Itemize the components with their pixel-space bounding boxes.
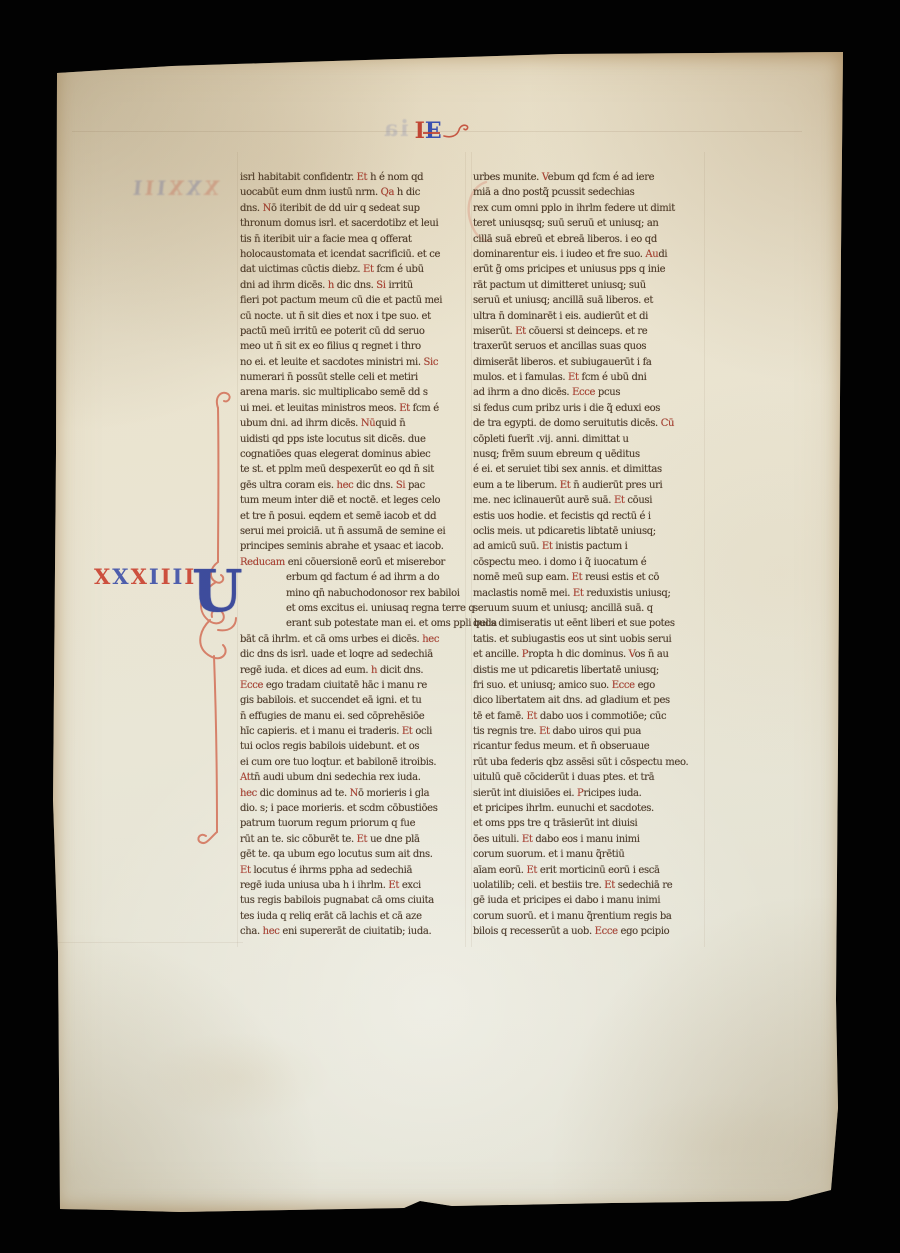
rubricated-text: Sic bbox=[424, 357, 439, 368]
body-text: fcm é ubū dni bbox=[579, 372, 647, 383]
body-text: dabo uos i commotiōe; cūc bbox=[537, 711, 666, 722]
body-text: hīc capieris. et i manu ei traderis. bbox=[240, 726, 402, 737]
manuscript-text-line: numerari n̄ possūt stelle celi et metiri bbox=[240, 370, 468, 385]
manuscript-text-line: cōpleti fuerīt .vij. anni. dimittat u bbox=[473, 432, 701, 447]
manuscript-text-line: cōspectu meo. i domo i q̃ iuocatum é bbox=[473, 555, 701, 570]
manuscript-text-line: rex cum omni pplo in ihrlm federe ut dim… bbox=[473, 201, 701, 216]
manuscript-text-line: ultra n̄ dominarēt i eis. audierūt et di bbox=[473, 309, 701, 324]
rubricated-text: hec bbox=[263, 926, 280, 937]
colored-letter: I bbox=[149, 564, 161, 589]
rubricated-text: Et bbox=[402, 726, 413, 737]
body-text: ad ihrm a dno dicēs. bbox=[473, 387, 572, 398]
rubricated-text: Et bbox=[560, 480, 571, 491]
penwork-curl-icon bbox=[443, 120, 469, 142]
manuscript-text-line: Ecce ego tradam ciuitatē hāc i manu re bbox=[240, 678, 468, 693]
body-text: locutus é ihrms ppha ad sedechiā bbox=[251, 865, 412, 876]
manuscript-text-line: miā a dno postq̃ pcussit sedechias bbox=[473, 185, 701, 200]
rubricated-text: Et bbox=[604, 880, 615, 891]
manuscript-text-line: gēt te. qa ubum ego locutus sum ait dns. bbox=[240, 847, 468, 862]
body-text: de tra egypti. de domo seruitutis dicēs. bbox=[473, 418, 661, 429]
body-text: ropta h dic dominus. bbox=[528, 649, 628, 660]
body-text: erūt g̃ oms pricipes et uniusus pps q in… bbox=[473, 264, 665, 275]
colored-letter: I bbox=[415, 118, 425, 144]
body-text: et oms excitus ei. uniusaq regna terre q bbox=[286, 603, 474, 614]
manuscript-text-line: quos dimiseratis ut eēnt liberi et sue p… bbox=[473, 616, 701, 631]
manuscript-text-line: gis babilois. et succendet eā igni. et t… bbox=[240, 693, 468, 708]
manuscript-text-line: Reducam eni cōuersionē eorū et miserebor bbox=[240, 555, 468, 570]
manuscript-text-line: ubum dni. ad ihrm dicēs. Nūquid n̄ bbox=[240, 416, 468, 431]
colored-letter: X bbox=[131, 564, 149, 589]
body-text: ei cum ore tuo loqtur. et babilonē itroi… bbox=[240, 757, 436, 768]
body-text: erbum qd factum é ad ihrm a do bbox=[286, 572, 439, 583]
body-text: irritū bbox=[386, 280, 413, 291]
rubricated-text: Ecce bbox=[612, 680, 635, 691]
manuscript-leaf: ia IE XXXIII XXXIIII bbox=[52, 52, 844, 1212]
body-text: inistis pactum i bbox=[553, 541, 628, 552]
ghost-chapter-number: XXXIII bbox=[129, 178, 220, 200]
rubricated-text: Et bbox=[568, 372, 579, 383]
manuscript-text-line: dio. s; i pace morieris. et scdm cōbusti… bbox=[240, 801, 468, 816]
manuscript-text-line: meo ut n̄ sit ex eo filius q regnet i th… bbox=[240, 339, 468, 354]
manuscript-text-line: tatis. et subiugastis eos ut sint uobis … bbox=[473, 632, 701, 647]
body-text: ōes uituli. bbox=[473, 834, 522, 845]
body-text: dns. bbox=[240, 203, 263, 214]
manuscript-text-line: ad ihrm a dno dicēs. Ecce pcus bbox=[473, 385, 701, 400]
body-text: eni cōuersionē eorū et miserebor bbox=[285, 557, 445, 568]
manuscript-text-line: bilois q recesserūt a uob. Ecce ego pcip… bbox=[473, 924, 701, 939]
manuscript-text-line: fieri pot pactum meum cū die et pactū me… bbox=[240, 293, 468, 308]
body-text: urbes munite. bbox=[473, 172, 542, 183]
manuscript-text-line: gēs ultra coram eis. hec dic dns. Si pac bbox=[240, 478, 468, 493]
body-text: ricantur fedus meum. et n̄ obseruaue bbox=[473, 741, 649, 752]
ghost-letter: X bbox=[182, 178, 202, 200]
rubricated-text: Qa bbox=[381, 187, 394, 198]
body-text: tis n̄ iteribit uir a facie mea q offera… bbox=[240, 234, 412, 245]
body-text: cōusi bbox=[625, 495, 652, 506]
body-text: teret uniusqsq; suū seruū et uniusq; an bbox=[473, 218, 659, 229]
manuscript-text-line: distis me ut pdicaretis libertatē uniusq… bbox=[473, 663, 701, 678]
body-text: et tre n̄ posui. eqdem et semē iacob et … bbox=[240, 511, 436, 522]
body-text: exci bbox=[399, 880, 421, 891]
body-text: patrum tuorum regum priorum q fue bbox=[240, 818, 415, 829]
body-text: uitulū quē cōciderūt i duas ptes. et trā bbox=[473, 772, 654, 783]
body-text: cū nocte. ut n̄ sit dies et nox i tpe su… bbox=[240, 311, 431, 322]
manuscript-text-line: serui mei proiciā. ut n̄ assumā de semin… bbox=[240, 524, 468, 539]
body-text: isrl habitabit confidentr. bbox=[240, 172, 357, 183]
ghost-letter: I bbox=[153, 178, 167, 200]
rubricated-text: Et bbox=[357, 834, 368, 845]
rubricated-text: Et bbox=[240, 865, 251, 876]
body-text: rex cum omni pplo in ihrlm federe ut dim… bbox=[473, 203, 675, 214]
rubricated-text: Et bbox=[357, 172, 368, 183]
manuscript-text-line: sierūt int diuisiōes ei. Pricipes iuda. bbox=[473, 786, 701, 801]
rubricated-text: Et bbox=[572, 572, 583, 583]
manuscript-text-line: nusq; frēm suum ebreum q uēditus bbox=[473, 447, 701, 462]
ruling-line-col2-left bbox=[471, 152, 472, 947]
rubricated-text: Et bbox=[363, 264, 374, 275]
body-text: seruum suum et uniusq; ancillā suā. q bbox=[473, 603, 653, 614]
manuscript-text-line: erant sub potestate man ei. et oms ppli … bbox=[240, 616, 468, 631]
body-text: dabo uiros qui pua bbox=[550, 726, 641, 737]
manuscript-text-line: ricantur fedus meum. et n̄ obseruaue bbox=[473, 739, 701, 754]
manuscript-text-line: rūt uba federis qbz assēsi sūt i cōspect… bbox=[473, 755, 701, 770]
body-text: erit morticinū eorū i escā bbox=[537, 865, 660, 876]
manuscript-text-line: n̄ effugies de manu ei. sed cōprehēsiōe bbox=[240, 709, 468, 724]
manuscript-text-line: maclastis nomē mei. Et reduxistis uniusq… bbox=[473, 586, 701, 601]
ruling-line-col1-left bbox=[237, 152, 238, 947]
body-text: erant sub potestate man ei. et oms ppli … bbox=[286, 618, 497, 629]
body-text: holocaustomata et icendat sacrificiū. et… bbox=[240, 249, 440, 260]
body-text: ego bbox=[635, 680, 655, 691]
manuscript-text-line: dimiserāt liberos. et subiugauerūt i fa bbox=[473, 355, 701, 370]
body-text: seruū et uniusq; ancillā suā liberos. et bbox=[473, 295, 653, 306]
rubricated-text: Et bbox=[614, 495, 625, 506]
body-text: oclis meis. ut pdicaretis libtatē uniusq… bbox=[473, 526, 656, 537]
rubricated-text: Et bbox=[522, 834, 533, 845]
body-text: regē iuda uniusa uba h i ihrlm. bbox=[240, 880, 388, 891]
manuscript-text-line: si fedus cum pribz uris i die q̃ eduxi e… bbox=[473, 401, 701, 416]
manuscript-text-line: gē iuda et pricipes ei dabo i manu inimi bbox=[473, 893, 701, 908]
chapter-initial: U bbox=[192, 560, 236, 630]
ghost-letter: X bbox=[165, 178, 185, 200]
manuscript-text-line: dico libertatem ait dns. ad gladium et p… bbox=[473, 693, 701, 708]
body-text: eni supererāt de ciuitatib; iuda. bbox=[280, 926, 432, 937]
manuscript-text-line: thronum domus isrl. et sacerdotibz et le… bbox=[240, 216, 468, 231]
body-text: estis uos hodie. et fecistis qd rectū é … bbox=[473, 511, 651, 522]
body-text: é ei. et seruiet tibi sex annis. et dimi… bbox=[473, 464, 662, 475]
body-text: fcm é ubū bbox=[374, 264, 424, 275]
manuscript-text-line: uidisti qd pps iste locutus sit dicēs. d… bbox=[240, 432, 468, 447]
body-text: ubum dni. ad ihrm dicēs. bbox=[240, 418, 361, 429]
manuscript-text-line: ōes uituli. Et dabo eos i manu inimi bbox=[473, 832, 701, 847]
colored-letter: X bbox=[112, 564, 130, 589]
rubricated-text: hec bbox=[240, 788, 257, 799]
rubricated-text: Reducam bbox=[240, 557, 285, 568]
manuscript-text-line: principes seminis abrahe et ysaac et iac… bbox=[240, 539, 468, 554]
manuscript-text-line: te st. et pplm meū despexerūt eo qd n̄ s… bbox=[240, 462, 468, 477]
manuscript-text-line: tē et famē. Et dabo uos i commotiōe; cūc bbox=[473, 709, 701, 724]
body-text: uocabūt eum dnm iustū nrm. bbox=[240, 187, 381, 198]
body-text: miā a dno postq̃ pcussit sedechias bbox=[473, 187, 634, 198]
manuscript-text-line: pactū meū irritū ee poterit cū dd seruo bbox=[240, 324, 468, 339]
manuscript-text-line: mulos. et i famulas. Et fcm é ubū dni bbox=[473, 370, 701, 385]
body-text: fri suo. et uniusq; amico suo. bbox=[473, 680, 612, 691]
rubricated-text: Au bbox=[645, 249, 658, 260]
body-text: nusq; frēm suum ebreum q uēditus bbox=[473, 449, 640, 460]
body-text: reduxistis uniusq; bbox=[584, 588, 671, 599]
manuscript-text-line: hīc capieris. et i manu ei traderis. Et … bbox=[240, 724, 468, 739]
colored-letter: I bbox=[161, 564, 173, 589]
body-text: fieri pot pactum meum cū die et pactū me… bbox=[240, 295, 442, 306]
manuscript-text-line: et pricipes ihrlm. eunuchi et sacdotes. bbox=[473, 801, 701, 816]
body-text: mino qn̄ nabuchodonosor rex babiloi bbox=[286, 588, 460, 599]
manuscript-text-line: rāt pactum ut dimitteret uniusq; suū bbox=[473, 278, 701, 293]
manuscript-text-line: dni ad ihrm dicēs. h dic dns. Si irritū bbox=[240, 278, 468, 293]
body-text: eum a te liberum. bbox=[473, 480, 560, 491]
rubricated-text: N bbox=[263, 203, 271, 214]
running-title-letters: IE bbox=[415, 120, 442, 142]
body-text: traxerūt seruos et ancillas suas quos bbox=[473, 341, 646, 352]
body-text: dic dns. bbox=[334, 280, 376, 291]
rubricated-text: Et bbox=[542, 541, 553, 552]
body-text: tum meum inter diē et noctē. et leges ce… bbox=[240, 495, 440, 506]
body-text: cōspectu meo. i domo i q̃ iuocatum é bbox=[473, 557, 646, 568]
body-text: bilois q recesserūt a uob. bbox=[473, 926, 595, 937]
body-text: pactū meū irritū ee poterit cū dd seruo bbox=[240, 326, 425, 337]
body-text: ui mei. et leuitas ministros meos. bbox=[240, 403, 399, 414]
manuscript-text-line: Et locutus é ihrms ppha ad sedechiā bbox=[240, 863, 468, 878]
body-text: dni ad ihrm dicēs. bbox=[240, 280, 328, 291]
manuscript-text-line: holocaustomata et icendat sacrificiū. et… bbox=[240, 247, 468, 262]
body-text: gē iuda et pricipes ei dabo i manu inimi bbox=[473, 895, 660, 906]
body-text: bāt cā ihrlm. et cā oms urbes ei dicēs. bbox=[240, 634, 422, 645]
running-title: ia IE bbox=[382, 108, 469, 142]
manuscript-text-line: erbum qd factum é ad ihrm a do bbox=[240, 570, 468, 585]
body-text: ō morieris i gla bbox=[358, 788, 429, 799]
body-text: et oms pps tre q trāsierūt int diuisi bbox=[473, 818, 637, 829]
body-text: h é nom qd bbox=[367, 172, 423, 183]
body-text: n̄ audierūt pres uri bbox=[570, 480, 662, 491]
manuscript-text-line: uitulū quē cōciderūt i duas ptes. et trā bbox=[473, 770, 701, 785]
manuscript-text-line: rūt an te. sic cōburēt te. Et ue dne plā bbox=[240, 832, 468, 847]
body-text: tis regnis tre. bbox=[473, 726, 539, 737]
ghost-letter: X bbox=[200, 178, 220, 200]
body-text: n̄ effugies de manu ei. sed cōprehēsiōe bbox=[240, 711, 424, 722]
body-text: dio. s; i pace morieris. et scdm cōbusti… bbox=[240, 803, 438, 814]
rubricated-text: Et bbox=[515, 326, 526, 337]
rubricated-text: Cū bbox=[661, 418, 674, 429]
body-text: dic dominus ad te. bbox=[257, 788, 350, 799]
manuscript-text-line: tui oclos regis babilois uidebunt. et os bbox=[240, 739, 468, 754]
rubricated-text: Si bbox=[376, 280, 385, 291]
body-text: reusi estis et cō bbox=[582, 572, 659, 583]
body-text: miserūt. bbox=[473, 326, 515, 337]
body-text: quid n̄ bbox=[375, 418, 405, 429]
manuscript-text-line: cognatiōes quas elegerat dominus abiec bbox=[240, 447, 468, 462]
body-text: rūt uba federis qbz assēsi sūt i cōspect… bbox=[473, 757, 688, 768]
manuscript-text-line: cū nocte. ut n̄ sit dies et nox i tpe su… bbox=[240, 309, 468, 324]
body-text: dat uictimas cūctis diebz. bbox=[240, 264, 363, 275]
body-text: tatis. et subiugastis eos ut sint uobis … bbox=[473, 634, 671, 645]
chapter-number: XXXIIII bbox=[94, 564, 196, 589]
body-text: serui mei proiciā. ut n̄ assumā de semin… bbox=[240, 526, 445, 537]
manuscript-text-line: et tre n̄ posui. eqdem et semē iacob et … bbox=[240, 509, 468, 524]
body-text: corum suorū. et i manu q̃rentium regis b… bbox=[473, 911, 672, 922]
manuscript-text-line: regē iuda uniusa uba h i ihrlm. Et exci bbox=[240, 878, 468, 893]
parchment-stain bbox=[612, 1092, 832, 1202]
body-text: h dic bbox=[394, 187, 420, 198]
body-text: dico libertatem ait dns. ad gladium et p… bbox=[473, 695, 670, 706]
body-text: maclastis nomē mei. bbox=[473, 588, 573, 599]
manuscript-text-line: uolatilib; celi. et bestiis tre. Et sede… bbox=[473, 878, 701, 893]
manuscript-text-line: fri suo. et uniusq; amico suo. Ecce ego bbox=[473, 678, 701, 693]
manuscript-text-line: aīam eorū. Et erit morticinū eorū i escā bbox=[473, 863, 701, 878]
body-text: ue dne plā bbox=[367, 834, 419, 845]
body-text: thronum domus isrl. et sacerdotibz et le… bbox=[240, 218, 438, 229]
body-text: ultra n̄ dominarēt i eis. audierūt et di bbox=[473, 311, 648, 322]
colored-letter: E bbox=[425, 118, 442, 144]
body-text: pac bbox=[405, 480, 425, 491]
manuscript-text-line: de tra egypti. de domo seruitutis dicēs.… bbox=[473, 416, 701, 431]
body-text: principes seminis abrahe et ysaac et iac… bbox=[240, 541, 444, 552]
rubricated-text: N bbox=[350, 788, 358, 799]
manuscript-text-line: nomē meū sup eam. Et reusi estis et cō bbox=[473, 570, 701, 585]
body-text: gēt te. qa ubum ego locutus sum ait dns. bbox=[240, 849, 433, 860]
rubricated-text: Nū bbox=[361, 418, 376, 429]
body-text: mulos. et i famulas. bbox=[473, 372, 568, 383]
body-text: corum suorum. et i manu q̃rētiū bbox=[473, 849, 624, 860]
rubricated-text: hec bbox=[422, 634, 439, 645]
body-text: ebum qd fcm é ad iere bbox=[548, 172, 654, 183]
manuscript-text-line: Attn̄ audi ubum dni sedechia rex iuda. bbox=[240, 770, 468, 785]
body-text: si fedus cum pribz uris i die q̃ eduxi e… bbox=[473, 403, 660, 414]
manuscript-text-line: patrum tuorum regum priorum q fue bbox=[240, 816, 468, 831]
body-text: tus regis babilois pugnabat cā oms ciuit… bbox=[240, 895, 434, 906]
body-text: rūt an te. sic cōburēt te. bbox=[240, 834, 357, 845]
rubricated-text: Et bbox=[573, 588, 584, 599]
ruling-line-bottom bbox=[58, 942, 243, 943]
manuscript-text-line: dic dns ds isrl. uade et loqre ad sedech… bbox=[240, 647, 468, 662]
manuscript-text-line: dns. Nō iteribit de dd uir q sedeat sup bbox=[240, 201, 468, 216]
manuscript-text-line: me. nec iclinauerūt aurē suā. Et cōusi bbox=[473, 493, 701, 508]
manuscript-text-line: corum suorū. et i manu q̃rentium regis b… bbox=[473, 909, 701, 924]
rubricated-text: Et bbox=[539, 726, 550, 737]
body-text: cōuersi st deinceps. et re bbox=[526, 326, 648, 337]
photo-background: ia IE XXXIII XXXIIII bbox=[0, 0, 900, 1253]
rubricated-text: Ecce bbox=[595, 926, 618, 937]
body-text: uidisti qd pps iste locutus sit dicēs. d… bbox=[240, 434, 426, 445]
manuscript-text-line: traxerūt seruos et ancillas suas quos bbox=[473, 339, 701, 354]
manuscript-text-line: urbes munite. Vebum qd fcm é ad iere bbox=[473, 170, 701, 185]
colored-letter: X bbox=[94, 564, 112, 589]
manuscript-text-line: ei cum ore tuo loqtur. et babilonē itroi… bbox=[240, 755, 468, 770]
manuscript-text-line: et ancille. Propta h dic dominus. Vos n̄… bbox=[473, 647, 701, 662]
manuscript-text-line: dominarentur eis. i iudeo et fre suo. Au… bbox=[473, 247, 701, 262]
body-text: di bbox=[658, 249, 667, 260]
manuscript-text-line: tis n̄ iteribit uir a facie mea q offera… bbox=[240, 232, 468, 247]
ghost-letter: I bbox=[129, 178, 143, 200]
manuscript-text-line: arena maris. sic multiplicabo semē dd s bbox=[240, 385, 468, 400]
manuscript-text-line: ad amicū suū. Et inistis pactum i bbox=[473, 539, 701, 554]
body-text: ego pcipio bbox=[618, 926, 670, 937]
body-text: pcus bbox=[595, 387, 620, 398]
body-text: regē iuda. et dices ad eum. bbox=[240, 665, 371, 676]
body-text: dimiserāt liberos. et subiugauerūt i fa bbox=[473, 357, 652, 368]
ghost-letter: I bbox=[141, 178, 155, 200]
body-text: aīam eorū. bbox=[473, 865, 526, 876]
manuscript-text-line: seruū et uniusq; ancillā suā liberos. et bbox=[473, 293, 701, 308]
text-column-1: isrl habitabit confidentr. Et h é nom qd… bbox=[240, 170, 468, 940]
body-text: tn̄ audi ubum dni sedechia rex iuda. bbox=[250, 772, 420, 783]
manuscript-text-line: eum a te liberum. Et n̄ audierūt pres ur… bbox=[473, 478, 701, 493]
body-text: ego tradam ciuitatē hāc i manu re bbox=[263, 680, 427, 691]
body-text: cognatiōes quas elegerat dominus abiec bbox=[240, 449, 430, 460]
body-text: et pricipes ihrlm. eunuchi et sacdotes. bbox=[473, 803, 654, 814]
rubricated-text: Et bbox=[399, 403, 410, 414]
running-title-ghost: ia bbox=[382, 116, 409, 142]
manuscript-text-line: mino qn̄ nabuchodonosor rex babiloi bbox=[240, 586, 468, 601]
body-text: te st. et pplm meū despexerūt eo qd n̄ s… bbox=[240, 464, 434, 475]
body-text: ad amicū suū. bbox=[473, 541, 542, 552]
text-column-2: urbes munite. Vebum qd fcm é ad ieremiā … bbox=[473, 170, 701, 940]
manuscript-text-line: no ei. et leuite et sacdotes ministri mi… bbox=[240, 355, 468, 370]
rubricated-text: Ecce bbox=[240, 680, 263, 691]
body-text: et ancille. bbox=[473, 649, 522, 660]
rubricated-text: Et bbox=[388, 880, 399, 891]
body-text: ocli bbox=[412, 726, 431, 737]
manuscript-text-line: isrl habitabit confidentr. Et h é nom qd bbox=[240, 170, 468, 185]
manuscript-text-line: erūt g̃ oms pricipes et uniusus pps q in… bbox=[473, 262, 701, 277]
rubricated-text: Et bbox=[526, 711, 537, 722]
manuscript-text-line: teret uniusqsq; suū seruū et uniusq; an bbox=[473, 216, 701, 231]
body-text: os n̄ au bbox=[635, 649, 669, 660]
manuscript-text-line: dat uictimas cūctis diebz. Et fcm é ubū bbox=[240, 262, 468, 277]
manuscript-text-line: bāt cā ihrlm. et cā oms urbes ei dicēs. … bbox=[240, 632, 468, 647]
body-text: dominarentur eis. i iudeo et fre suo. bbox=[473, 249, 645, 260]
manuscript-text-line: cillā suā ebreū et ebreā liberos. i eo q… bbox=[473, 232, 701, 247]
body-text: ricipes iuda. bbox=[583, 788, 641, 799]
body-text: sierūt int diuisiōes ei. bbox=[473, 788, 577, 799]
manuscript-text-line: ui mei. et leuitas ministros meos. Et fc… bbox=[240, 401, 468, 416]
rubricated-text: At bbox=[240, 772, 250, 783]
parchment-stain bbox=[142, 1032, 332, 1122]
manuscript-text-line: et oms pps tre q trāsierūt int diuisi bbox=[473, 816, 701, 831]
manuscript-text-line: seruum suum et uniusq; ancillā suā. q bbox=[473, 601, 701, 616]
body-text: tui oclos regis babilois uidebunt. et os bbox=[240, 741, 419, 752]
body-text: dic dns. bbox=[353, 480, 395, 491]
manuscript-text-line: estis uos hodie. et fecistis qd rectū é … bbox=[473, 509, 701, 524]
body-text: cha. bbox=[240, 926, 263, 937]
manuscript-text-line: tus regis babilois pugnabat cā oms ciuit… bbox=[240, 893, 468, 908]
body-text: arena maris. sic multiplicabo semē dd s bbox=[240, 387, 428, 398]
body-text: uolatilib; celi. et bestiis tre. bbox=[473, 880, 604, 891]
manuscript-text-line: uocabūt eum dnm iustū nrm. Qa h dic bbox=[240, 185, 468, 200]
body-text: rāt pactum ut dimitteret uniusq; suū bbox=[473, 280, 646, 291]
body-text: fcm é bbox=[410, 403, 439, 414]
body-text: numerari n̄ possūt stelle celi et metiri bbox=[240, 372, 418, 383]
body-text: me. nec iclinauerūt aurē suā. bbox=[473, 495, 614, 506]
manuscript-text-line: tum meum inter diē et noctē. et leges ce… bbox=[240, 493, 468, 508]
body-text: gēs ultra coram eis. bbox=[240, 480, 337, 491]
colored-letter: I bbox=[173, 564, 185, 589]
ruling-line-col2-right bbox=[704, 152, 705, 947]
body-text: cillā suā ebreū et ebreā liberos. i eo q… bbox=[473, 234, 657, 245]
manuscript-text-line: tis regnis tre. Et dabo uiros qui pua bbox=[473, 724, 701, 739]
body-text: dic dns ds isrl. uade et loqre ad sedech… bbox=[240, 649, 433, 660]
manuscript-text-line: tes iuda q reliq erāt cā lachis et cā az… bbox=[240, 909, 468, 924]
manuscript-text-line: hec dic dominus ad te. Nō morieris i gla bbox=[240, 786, 468, 801]
body-text: nomē meū sup eam. bbox=[473, 572, 572, 583]
manuscript-text-line: é ei. et seruiet tibi sex annis. et dimi… bbox=[473, 462, 701, 477]
body-text: dabo eos i manu inimi bbox=[533, 834, 640, 845]
manuscript-text-line: corum suorum. et i manu q̃rētiū bbox=[473, 847, 701, 862]
body-text: no ei. et leuite et sacdotes ministri mi… bbox=[240, 357, 424, 368]
rubricated-text: Et bbox=[526, 865, 537, 876]
body-text: gis babilois. et succendet eā igni. et t… bbox=[240, 695, 421, 706]
manuscript-text-line: miserūt. Et cōuersi st deinceps. et re bbox=[473, 324, 701, 339]
body-text: cōpleti fuerīt .vij. anni. dimittat u bbox=[473, 434, 629, 445]
body-text: meo ut n̄ sit ex eo filius q regnet i th… bbox=[240, 341, 421, 352]
manuscript-text-line: cha. hec eni supererāt de ciuitatib; iud… bbox=[240, 924, 468, 939]
body-text: tē et famē. bbox=[473, 711, 526, 722]
manuscript-text-line: oclis meis. ut pdicaretis libtatē uniusq… bbox=[473, 524, 701, 539]
rubricated-text: Ecce bbox=[572, 387, 595, 398]
manuscript-text-line: et oms excitus ei. uniusaq regna terre q bbox=[240, 601, 468, 616]
rubricated-text: hec bbox=[337, 480, 354, 491]
body-text: quos dimiseratis ut eēnt liberi et sue p… bbox=[473, 618, 675, 629]
body-text: distis me ut pdicaretis libertatē uniusq… bbox=[473, 665, 659, 676]
body-text: tes iuda q reliq erāt cā lachis et cā az… bbox=[240, 911, 422, 922]
